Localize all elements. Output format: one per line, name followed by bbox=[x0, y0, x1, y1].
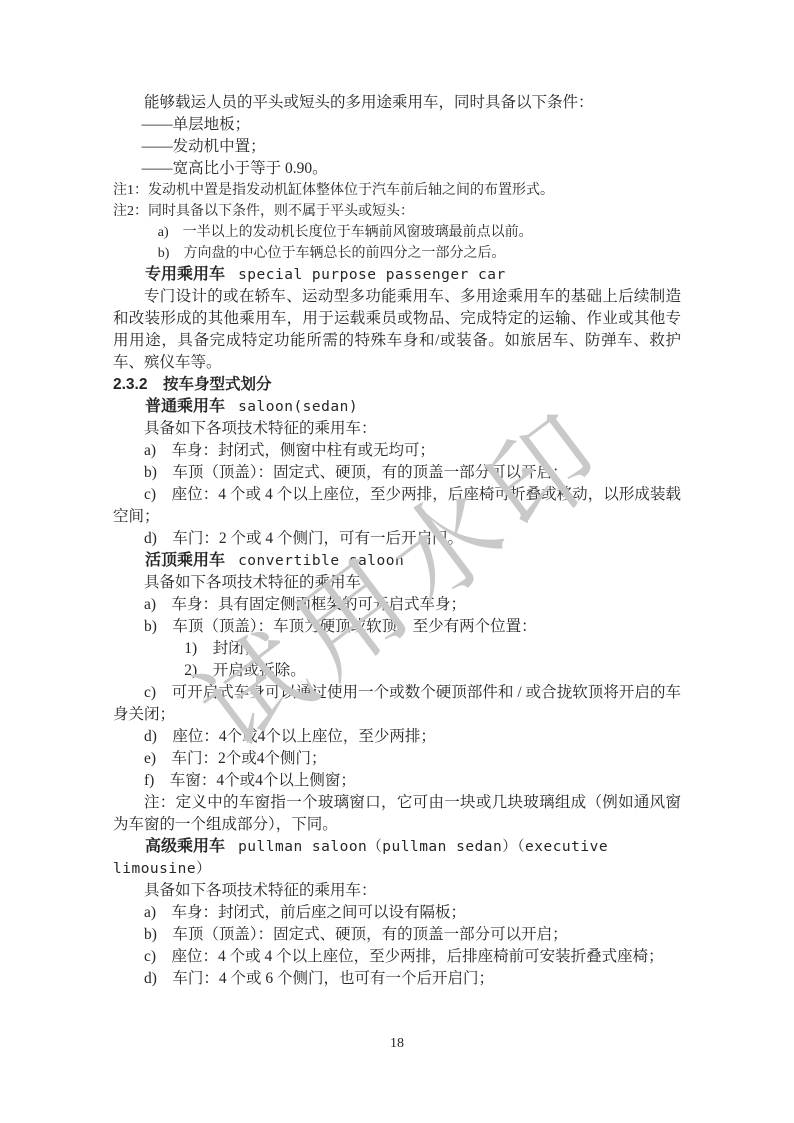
paragraph: d) 车门：2 个或 4 个侧门，可有一后开启门。 bbox=[113, 528, 681, 550]
paragraph: 具备如下各项技术特征的乘用车： bbox=[113, 880, 681, 902]
sub-list-item: 1) 封闭； bbox=[113, 638, 681, 660]
note-sub-item: b) 方向盘的中心位于车辆总长的前四分之一部分之后。 bbox=[113, 243, 681, 264]
paragraph: b) 车顶（顶盖）：固定式、硬顶，有的顶盖一部分可以开启； bbox=[113, 924, 681, 946]
note-sub-item: a) 一半以上的发动机长度位于车辆前风窗玻璃最前点以前。 bbox=[113, 222, 681, 243]
term-heading: 专用乘用车special purpose passenger car bbox=[113, 264, 681, 286]
page-number: 18 bbox=[0, 1036, 794, 1052]
paragraph: c) 座位：4 个或 4 个以上座位，至少两排，后座椅可折叠或移动，以形成装载空… bbox=[113, 484, 681, 528]
term-english: convertible saloon bbox=[238, 553, 404, 569]
paragraph: b) 车顶（顶盖）：固定式、硬顶，有的顶盖一部分可以开启； bbox=[113, 462, 681, 484]
paragraph: d) 座位：4个或4个以上座位，至少两排； bbox=[113, 726, 681, 748]
paragraph: c) 座位：4 个或 4 个以上座位，至少两排，后排座椅前可安装折叠式座椅； bbox=[113, 946, 681, 968]
document-page: 能够载运人员的平头或短头的多用途乘用车，同时具备以下条件：——单层地板；——发动… bbox=[0, 0, 794, 1123]
term-chinese: 高级乘用车 bbox=[145, 838, 225, 855]
paragraph: 能够载运人员的平头或短头的多用途乘用车，同时具备以下条件： bbox=[113, 92, 681, 114]
paragraph: e) 车门：2个或4个侧门； bbox=[113, 748, 681, 770]
dash-list-item: ——发动机中置； bbox=[113, 136, 681, 158]
term-chinese: 专用乘用车 bbox=[145, 266, 225, 283]
paragraph: 注：定义中的车窗指一个玻璃窗口，它可由一块或几块玻璃组成（例如通风窗为车窗的一个… bbox=[113, 792, 681, 836]
paragraph: a) 车身：具有固定侧面框架的可开启式车身； bbox=[113, 594, 681, 616]
dash-list-item: ——宽高比小于等于 0.90。 bbox=[113, 158, 681, 180]
term-english: saloon(sedan) bbox=[238, 399, 358, 415]
sub-list-item: 2) 开启或拆除。 bbox=[113, 660, 681, 682]
paragraph: 专门设计的或在轿车、运动型多功能乘用车、多用途乘用车的基础上后续制造和改装形成的… bbox=[113, 286, 681, 374]
section-heading: 2.3.2 按车身型式划分 bbox=[113, 374, 681, 396]
term-heading: 高级乘用车pullman saloon（pullman sedan）（execu… bbox=[113, 836, 681, 880]
term-heading: 活顶乘用车convertible saloon bbox=[113, 550, 681, 572]
term-chinese: 活顶乘用车 bbox=[145, 552, 225, 569]
note: 注1：发动机中置是指发动机缸体整体位于汽车前后轴之间的布置形式。 bbox=[113, 180, 681, 201]
paragraph: a) 车身：封闭式，侧窗中柱有或无均可； bbox=[113, 440, 681, 462]
term-heading: 普通乘用车saloon(sedan) bbox=[113, 396, 681, 418]
paragraph: b) 车顶（顶盖）：车顶为硬顶或软顶，至少有两个位置： bbox=[113, 616, 681, 638]
note: 注2：同时具备以下条件，则不属于平头或短头： bbox=[113, 201, 681, 222]
paragraph: d) 车门：4 个或 6 个侧门，也可有一个后开启门； bbox=[113, 968, 681, 990]
term-english: special purpose passenger car bbox=[238, 267, 506, 283]
term-chinese: 普通乘用车 bbox=[145, 398, 225, 415]
document-body: 能够载运人员的平头或短头的多用途乘用车，同时具备以下条件：——单层地板；——发动… bbox=[113, 92, 681, 990]
paragraph: a) 车身：封闭式，前后座之间可以设有隔板； bbox=[113, 902, 681, 924]
paragraph: c) 可开启式车身可以通过使用一个或数个硬顶部件和 / 或合拢软顶将开启的车身关… bbox=[113, 682, 681, 726]
paragraph: 具备如下各项技术特征的乘用车： bbox=[113, 418, 681, 440]
dash-list-item: ——单层地板； bbox=[113, 114, 681, 136]
paragraph: f) 车窗：4个或4个以上侧窗； bbox=[113, 770, 681, 792]
paragraph: 具备如下各项技术特征的乘用车： bbox=[113, 572, 681, 594]
